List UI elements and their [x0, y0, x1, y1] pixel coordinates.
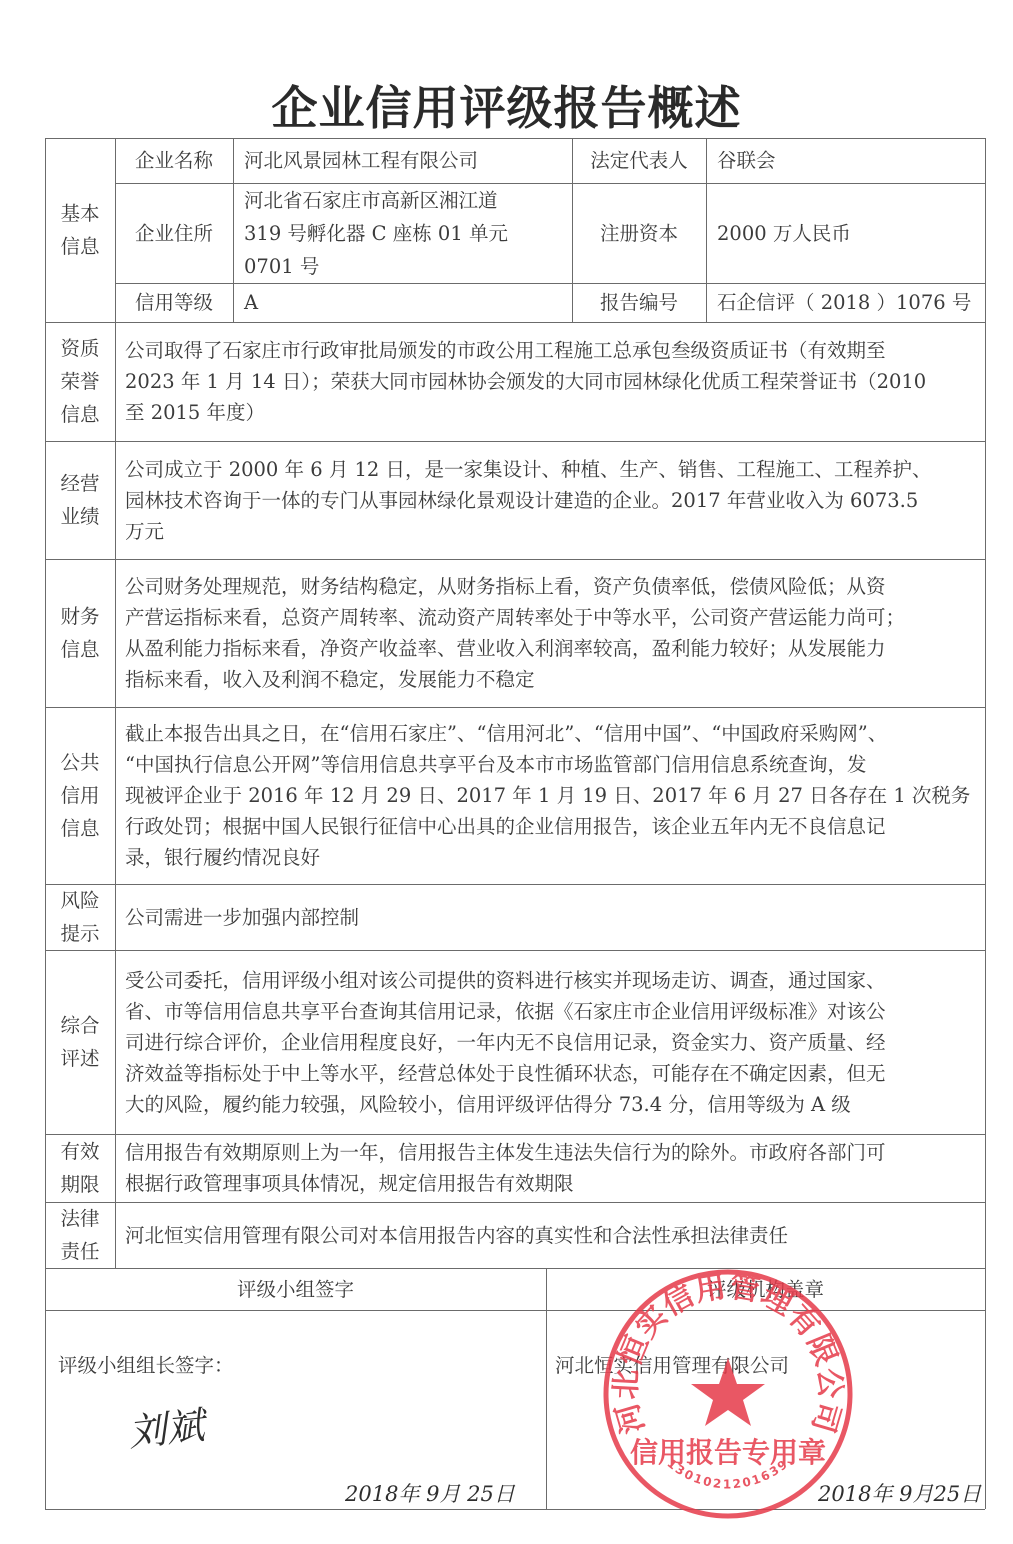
text-line: 信用报告有效期原则上为一年，信用报告主体发生违法失信行为的除外。市政府各部门可: [125, 1137, 886, 1168]
credit-grade-label: 信用等级: [115, 283, 233, 322]
text-line: 受公司委托，信用评级小组对该公司提供的资料进行核实并现场走访、调查，通过国家、: [125, 965, 886, 996]
report-table: 基本 信息 企业名称 河北风景园林工程有限公司 法定代表人 谷联会 企业住所 河…: [45, 138, 985, 1509]
row-divider: [45, 1310, 985, 1311]
text-line: 园林技术咨询于一体的专门从事园林绿化景观设计建造的企业。2017 年营业收入为 …: [125, 485, 932, 516]
text-line: 公司取得了石家庄市行政审批局颁发的市政公用工程施工总承包叁级资质证书（有效期至: [125, 335, 926, 366]
capital-value: 2000 万人民币: [706, 183, 985, 283]
section-label-legal: 法律 责任: [45, 1202, 115, 1268]
text-line: “中国执行信息公开网”等信用信息共享平台及本市市场监管部门信用信息系统查询，发: [125, 749, 970, 780]
section-body-qualifications: 公司取得了石家庄市行政审批局颁发的市政公用工程施工总承包叁级资质证书（有效期至 …: [115, 322, 985, 441]
address-label: 企业住所: [115, 183, 233, 283]
text-line: 公司财务处理规范，财务结构稳定，从财务指标上看，资产负债率低，偿债风险低；从资: [125, 571, 905, 602]
credit-grade-value: A: [233, 283, 572, 322]
text-line: 司进行综合评价，企业信用程度良好，一年内无不良信用记录，资金实力、资产质量、经: [125, 1027, 886, 1058]
section-label-risk: 风险 提示: [45, 884, 115, 950]
company-name-value: 河北风景园林工程有限公司: [233, 138, 572, 183]
text-line: 河北恒实信用管理有限公司对本信用报告内容的真实性和合法性承担法律责任: [125, 1220, 788, 1251]
section-body-performance: 公司成立于 2000 年 6 月 12 日，是一家集设计、种植、生产、销售、工程…: [115, 441, 985, 559]
company-name-label: 企业名称: [115, 138, 233, 183]
agency-name: 河北恒实信用管理有限公司: [555, 1350, 789, 1378]
section-body-financial: 公司财务处理规范，财务结构稳定，从财务指标上看，资产负债率低，偿债风险低；从资 …: [115, 559, 985, 707]
report-no-value: 石企信评（ 2018 ）1076 号: [706, 283, 985, 322]
section-label-public-credit: 公共 信用 信息: [45, 707, 115, 884]
text-line: 录，银行履约情况良好: [125, 842, 970, 873]
team-signature-header: 评级小组签字: [45, 1268, 546, 1310]
address-line: 河北省石家庄市高新区湘江道: [244, 184, 508, 217]
team-sign-date: 2018年 9月 25日: [345, 1478, 515, 1508]
text-line: 公司成立于 2000 年 6 月 12 日，是一家集设计、种植、生产、销售、工程…: [125, 454, 932, 485]
text-line: 大的风险，履约能力较强，风险较小，信用评级评估得分 73.4 分，信用等级为 A…: [125, 1089, 886, 1120]
agency-sign-date: 2018年 9月25日: [818, 1478, 981, 1508]
text-line: 产营运指标来看，总资产周转率、流动资产周转率处于中等水平，公司资产营运能力尚可；: [125, 602, 905, 633]
section-label-performance: 经营 业绩: [45, 441, 115, 559]
text-line: 行政处罚；根据中国人民银行征信中心出具的企业信用报告，该企业五年内无不良信息记: [125, 811, 970, 842]
section-body-risk: 公司需进一步加强内部控制: [115, 884, 985, 950]
text-line: 省、市等信用信息共享平台查询其信用记录，依据《石家庄市企业信用评级标准》对该公: [125, 996, 886, 1027]
text-line: 根据行政管理事项具体情况，规定信用报告有效期限: [125, 1168, 886, 1199]
section-label-validity: 有效 期限: [45, 1134, 115, 1202]
capital-label: 注册资本: [572, 183, 706, 283]
text-line: 万元: [125, 516, 932, 547]
text-line: 现被评企业于 2016 年 12 月 29 日、2017 年 1 月 19 日、…: [125, 780, 970, 811]
legal-rep-label: 法定代表人: [572, 138, 706, 183]
section-body-legal: 河北恒实信用管理有限公司对本信用报告内容的真实性和合法性承担法律责任: [115, 1202, 985, 1268]
agency-seal-header: 评级机构盖章: [546, 1268, 985, 1310]
text-line: 济效益等指标处于中上等水平，经营总体处于良性循环状态，可能存在不确定因素，但无: [125, 1058, 886, 1089]
address-line: 0701 号: [244, 250, 508, 283]
text-line: 指标来看，收入及利润不稳定，发展能力不稳定: [125, 664, 905, 695]
border-right: [985, 138, 986, 1509]
text-line: 截止本报告出具之日，在“信用石家庄”、“信用河北”、“信用中国”、“中国政府采购…: [125, 718, 970, 749]
section-body-evaluation: 受公司委托，信用评级小组对该公司提供的资料进行核实并现场走访、调查，通过国家、 …: [115, 950, 985, 1134]
leader-signature: 刘斌: [125, 1394, 206, 1457]
section-label-basic-info: 基本 信息: [45, 138, 115, 322]
report-no-label: 报告编号: [572, 283, 706, 322]
text-line: 至 2015 年度）: [125, 397, 926, 428]
text-line: 从盈利能力指标来看，净资产收益率、营业收入利润率较高，盈利能力较好；从发展能力: [125, 633, 905, 664]
text-line: 2023 年 1 月 14 日）；荣获大同市园林协会颁发的大同市园林绿化优质工程…: [125, 366, 926, 397]
section-body-public-credit: 截止本报告出具之日，在“信用石家庄”、“信用河北”、“信用中国”、“中国政府采购…: [115, 707, 985, 884]
section-label-financial: 财务 信息: [45, 559, 115, 707]
section-label-evaluation: 综合 评述: [45, 950, 115, 1134]
address-line: 319 号孵化器 C 座栋 01 单元: [244, 217, 508, 250]
page-title: 企业信用评级报告概述: [0, 72, 1013, 138]
text-line: 公司需进一步加强内部控制: [125, 902, 359, 933]
border-bottom: [45, 1509, 985, 1510]
leader-signature-label: 评级小组组长签字：: [58, 1350, 234, 1378]
section-body-validity: 信用报告有效期原则上为一年，信用报告主体发生违法失信行为的除外。市政府各部门可 …: [115, 1134, 985, 1202]
legal-rep-value: 谷联会: [706, 138, 985, 183]
section-label-qualifications: 资质 荣誉 信息: [45, 322, 115, 441]
address-value: 河北省石家庄市高新区湘江道 319 号孵化器 C 座栋 01 单元 0701 号: [233, 183, 572, 283]
